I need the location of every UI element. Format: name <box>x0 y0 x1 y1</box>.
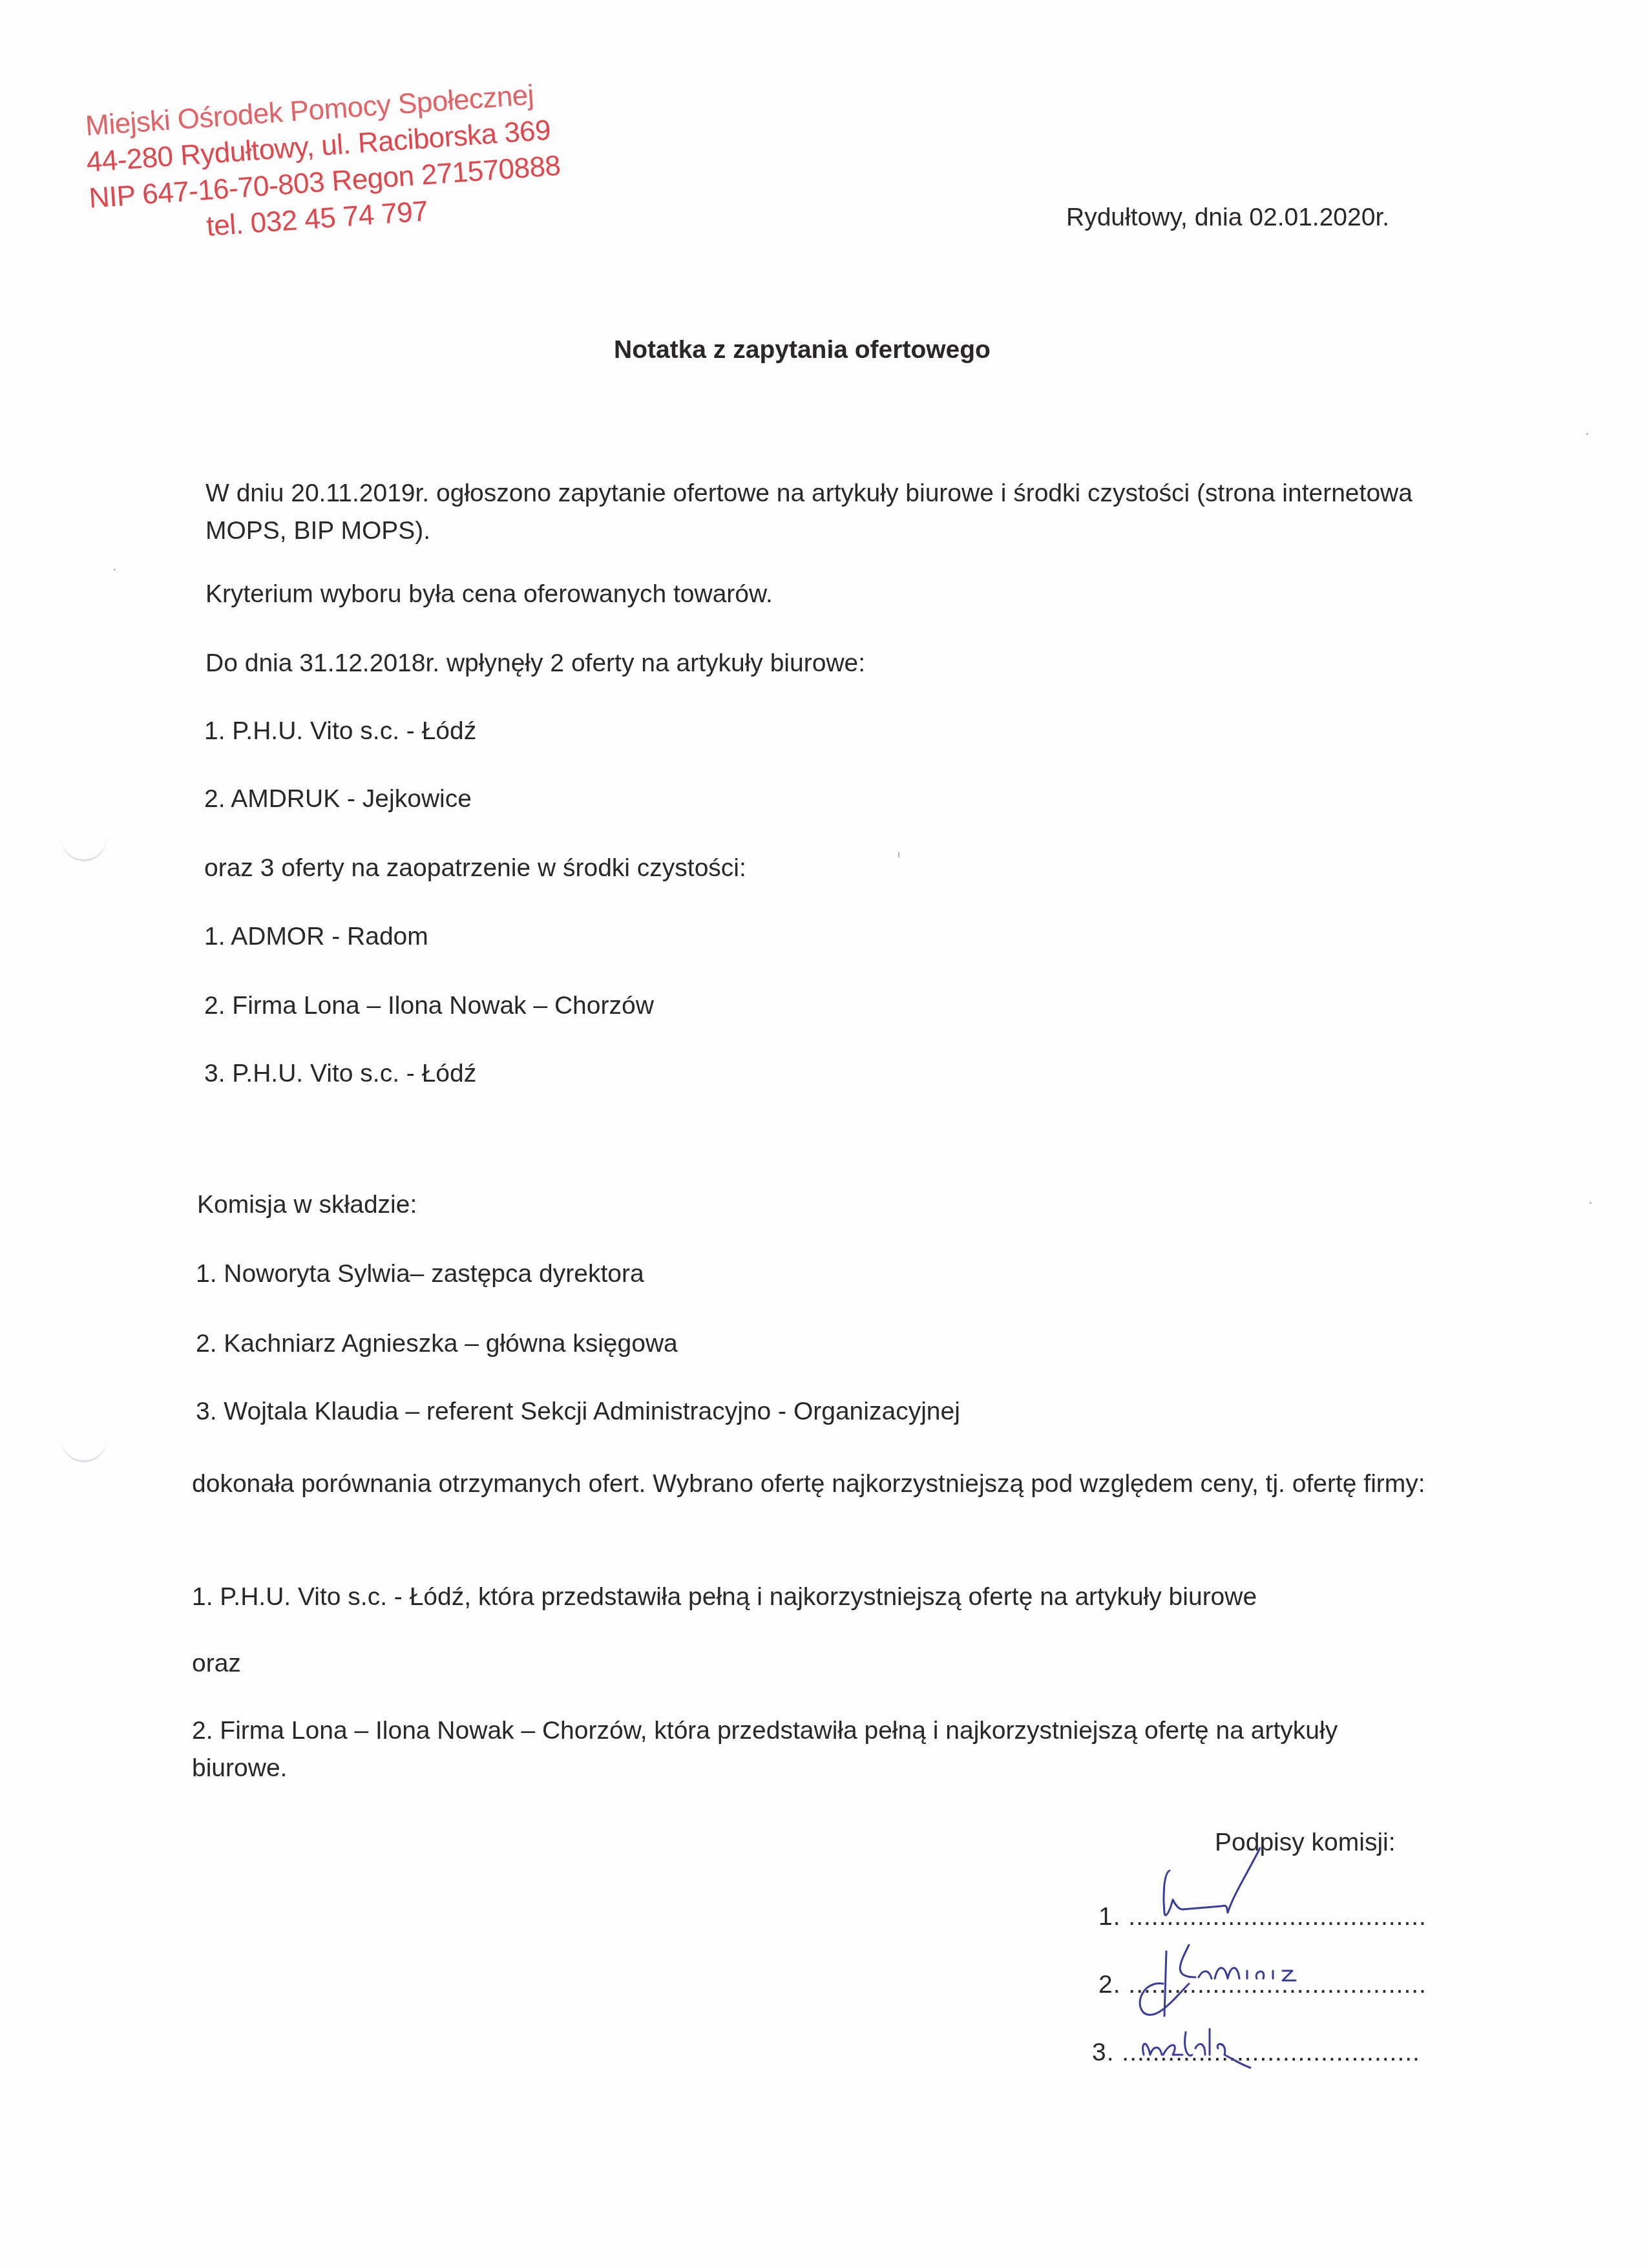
intro-paragraph: W dniu 20.11.2019r. ogłoszono zapytanie … <box>205 475 1446 550</box>
cleaning-offers-intro: oraz 3 oferty na zaopatrzenie w środki c… <box>204 854 746 883</box>
office-offers-intro: Do dnia 31.12.2018r. wpłynęły 2 oferty n… <box>205 649 865 678</box>
place-date: Rydułtowy, dnia 02.01.2020r. <box>1066 204 1389 232</box>
decision-paragraph: dokonała porównania otrzymanych ofert. W… <box>192 1465 1433 1503</box>
committee-member: 3. Wojtala Klaudia – referent Sekcji Adm… <box>196 1398 960 1426</box>
institution-stamp: Miejski Ośrodek Pomocy Społecznej 44-280… <box>83 77 544 253</box>
signature-3-icon <box>1143 2029 1250 2068</box>
committee-member: 1. Noworyta Sylwia– zastępca dyrektora <box>196 1260 644 1288</box>
criterion-paragraph: Kryterium wyboru była cena oferowanych t… <box>205 580 773 609</box>
scan-speck <box>1586 433 1588 435</box>
cleaning-offer-item: 2. Firma Lona – Ilona Nowak – Chorzów <box>204 992 654 1020</box>
winner-item: 1. P.H.U. Vito s.c. - Łódź, która przeds… <box>192 1583 1257 1612</box>
scan-speck <box>1590 1202 1591 1204</box>
scan-mark <box>61 1434 107 1462</box>
cleaning-offer-item: 3. P.H.U. Vito s.c. - Łódź <box>204 1060 476 1088</box>
signature-1-icon <box>1164 1848 1260 1915</box>
document-title: Notatka z zapytania ofertowego <box>614 336 991 364</box>
committee-member: 2. Kachniarz Agnieszka – główna księgowa <box>196 1330 678 1358</box>
office-offer-item: 2. AMDRUK - Jejkowice <box>204 785 472 814</box>
committee-intro: Komisja w składzie: <box>197 1191 417 1219</box>
office-offer-item: 1. P.H.U. Vito s.c. - Łódź <box>204 717 476 746</box>
handwritten-signatures <box>1066 1809 1454 2100</box>
winner-item: 2. Firma Lona – Ilona Nowak – Chorzów, k… <box>192 1712 1355 1787</box>
cleaning-offer-item: 1. ADMOR - Radom <box>204 923 428 951</box>
conjunction-text: oraz <box>192 1650 241 1678</box>
scan-speck <box>114 569 116 571</box>
scan-mark <box>61 834 107 861</box>
signature-2-icon <box>1140 1945 1296 2016</box>
scan-speck <box>898 852 899 858</box>
